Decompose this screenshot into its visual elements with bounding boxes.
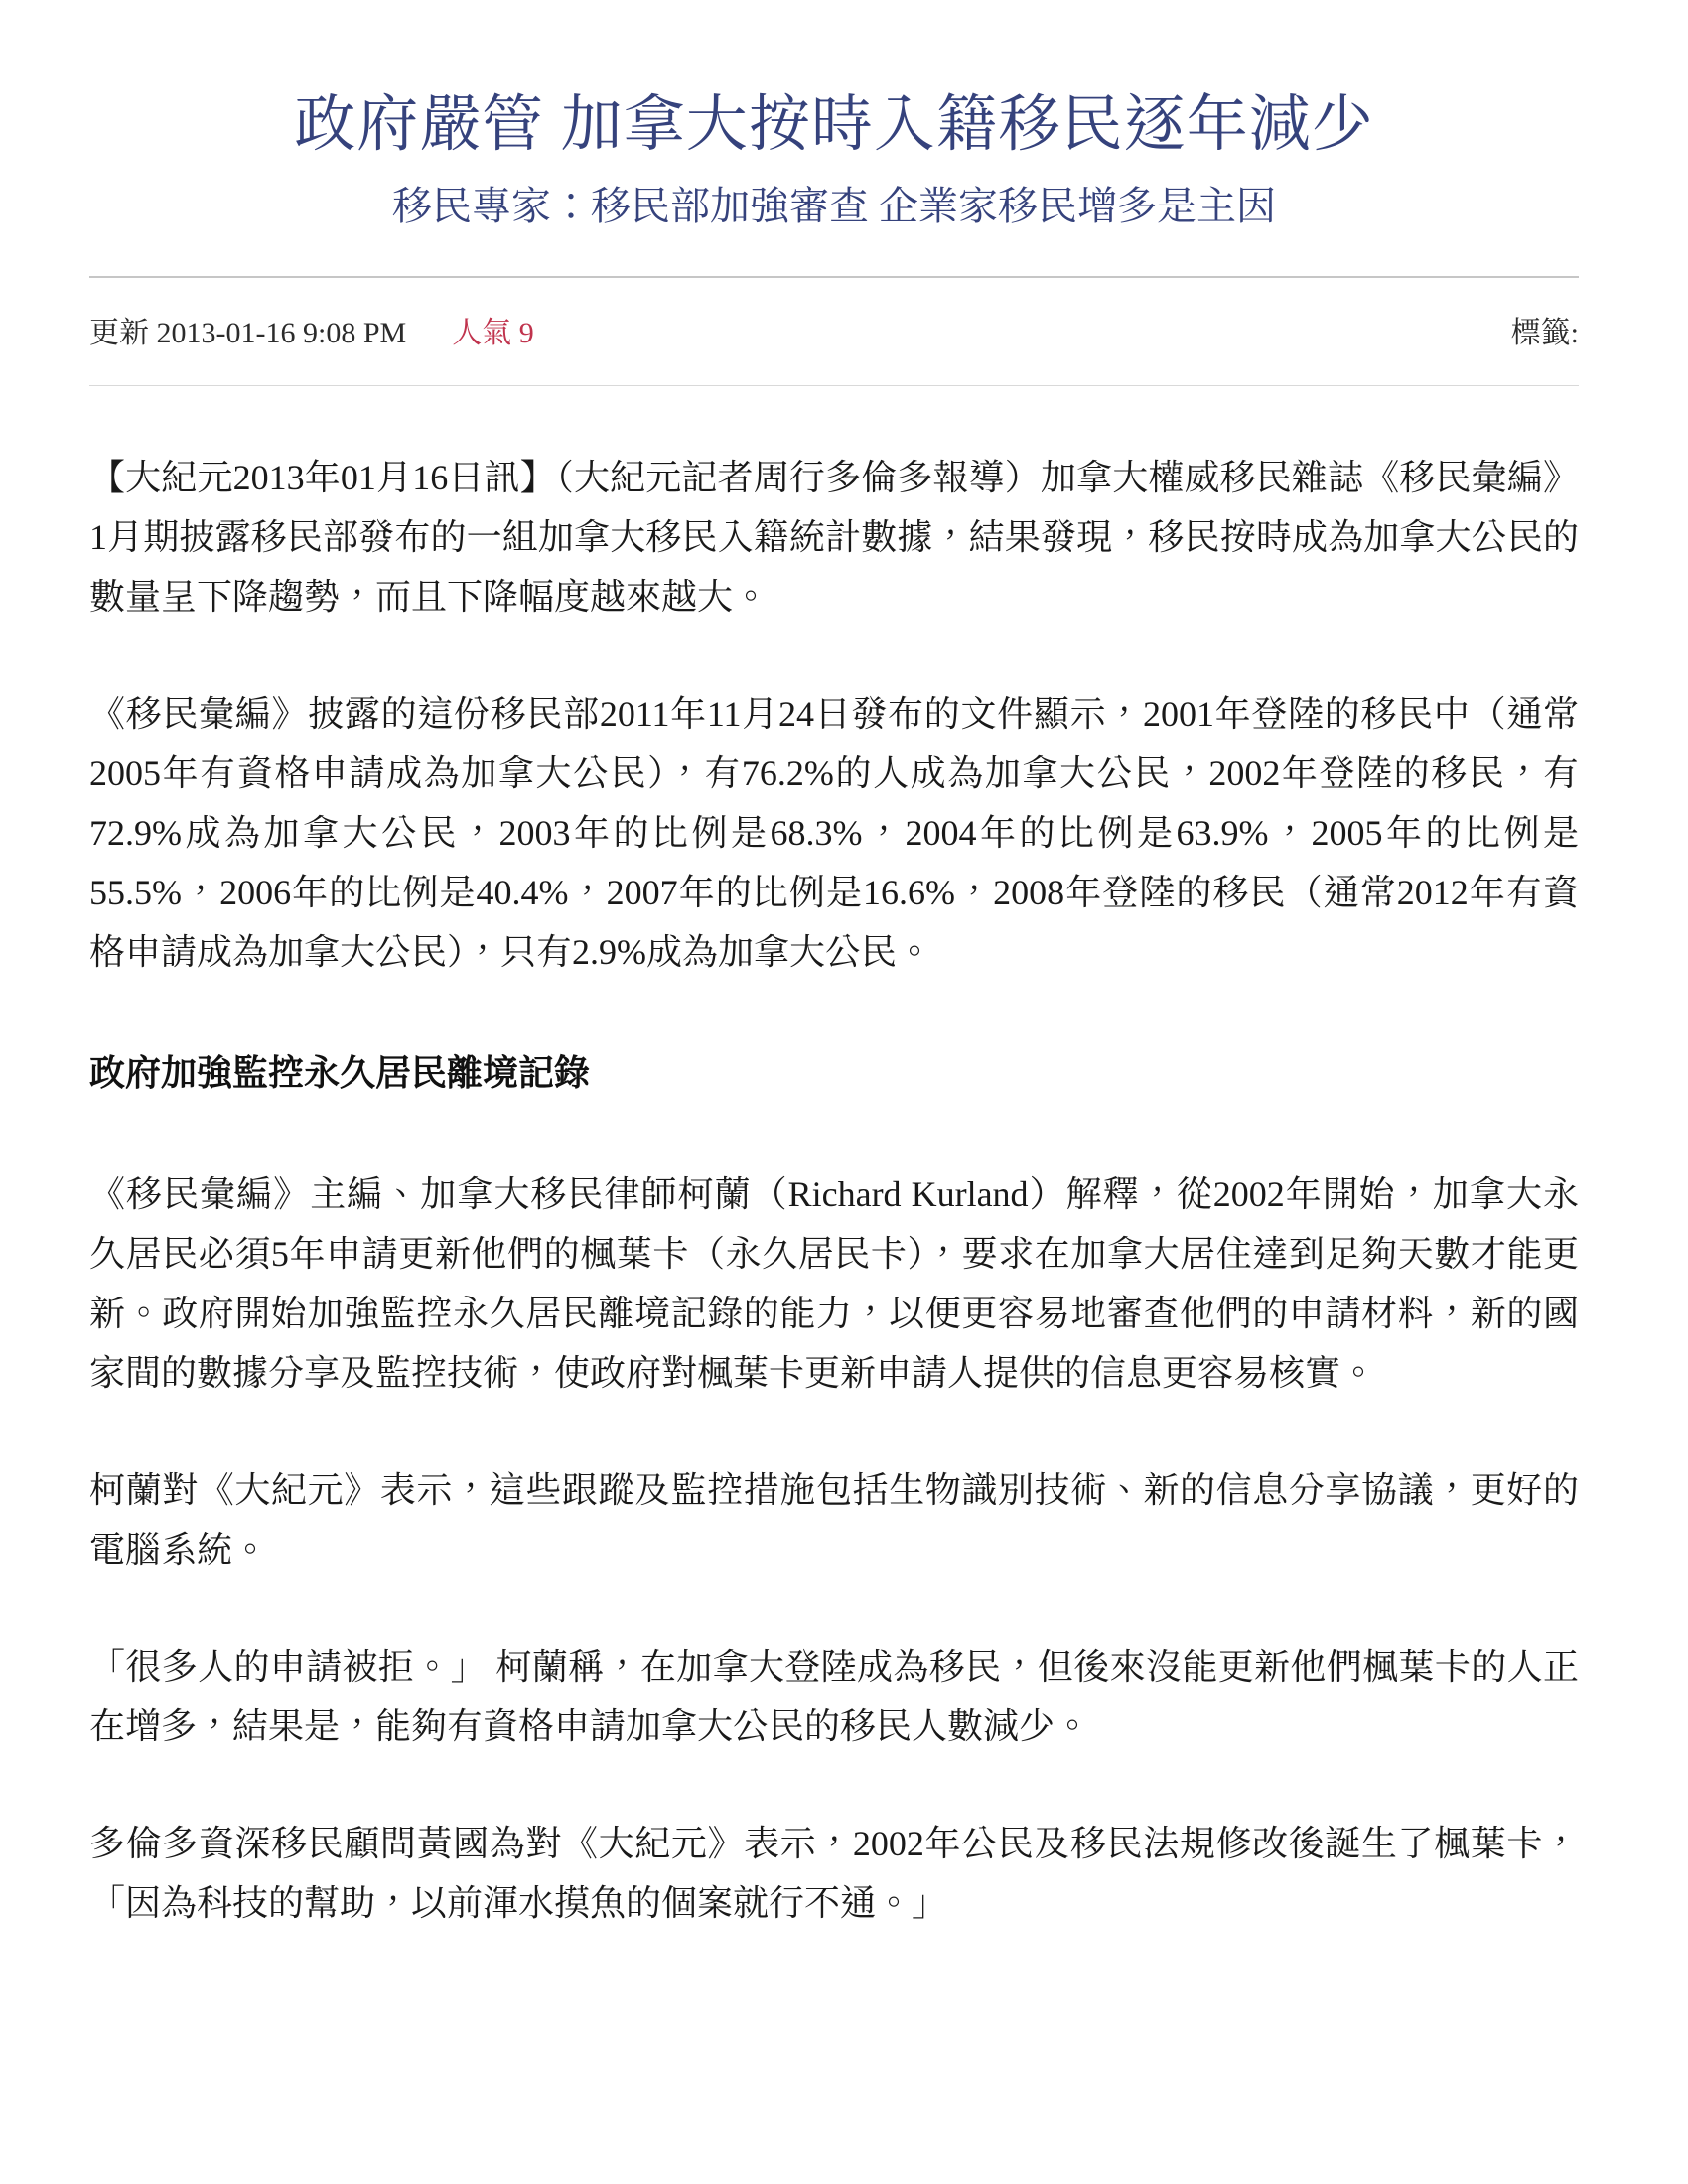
page-title: 政府嚴管 加拿大按時入籍移民逐年減少 <box>89 87 1579 165</box>
article-paragraph: 【大紀元2013年01月16日訊】（大紀元記者周行多倫多報導）加拿大權威移民雜誌… <box>89 448 1579 626</box>
updated-label: 更新 <box>89 317 149 349</box>
updated-value: 2013-01-16 9:08 PM <box>157 317 407 349</box>
page-subtitle: 移民專家：移民部加強審查 企業家移民增多是主因 <box>89 181 1579 232</box>
article-paragraph: 多倫多資深移民顧問黃國為對《大紀元》表示，2002年公民及移民法規修改後誕生了楓… <box>89 1814 1579 1933</box>
article-paragraph: 《移民彙編》主編、加拿大移民律師柯蘭（Richard Kurland）解釋，從2… <box>89 1164 1579 1403</box>
popularity-count: 人氣 9 <box>452 308 534 351</box>
popularity-value: 9 <box>519 317 534 349</box>
article-body: 【大紀元2013年01月16日訊】（大紀元記者周行多倫多報導）加拿大權威移民雜誌… <box>89 448 1579 1933</box>
article-paragraph: 《移民彙編》披露的這份移民部2011年11月24日發布的文件顯示，2001年登陸… <box>89 684 1579 982</box>
tags-label: 標籤: <box>1511 317 1579 349</box>
article-paragraph: 「很多人的申請被拒。」 柯蘭稱，在加拿大登陸成為移民，但後來沒能更新他們楓葉卡的… <box>89 1637 1579 1756</box>
popularity-label: 人氣 <box>452 317 511 349</box>
article-header: 政府嚴管 加拿大按時入籍移民逐年減少 移民專家：移民部加強審查 企業家移民增多是… <box>89 87 1579 232</box>
meta-left: 更新 2013-01-16 9:08 PM 人氣 9 <box>89 308 534 351</box>
article-page: 政府嚴管 加拿大按時入籍移民逐年減少 移民專家：移民部加強審查 企業家移民增多是… <box>0 0 1688 1933</box>
updated-timestamp: 更新 2013-01-16 9:08 PM <box>89 308 406 351</box>
meta-right: 標籤: <box>1511 308 1579 351</box>
meta-divider <box>89 385 1579 386</box>
meta-row: 更新 2013-01-16 9:08 PM 人氣 9 標籤: <box>89 278 1579 385</box>
section-heading: 政府加強監控永久居民離境記錄 <box>89 1043 1579 1103</box>
article-paragraph: 柯蘭對《大紀元》表示，這些跟蹤及監控措施包括生物識別技術、新的信息分享協議，更好… <box>89 1460 1579 1579</box>
